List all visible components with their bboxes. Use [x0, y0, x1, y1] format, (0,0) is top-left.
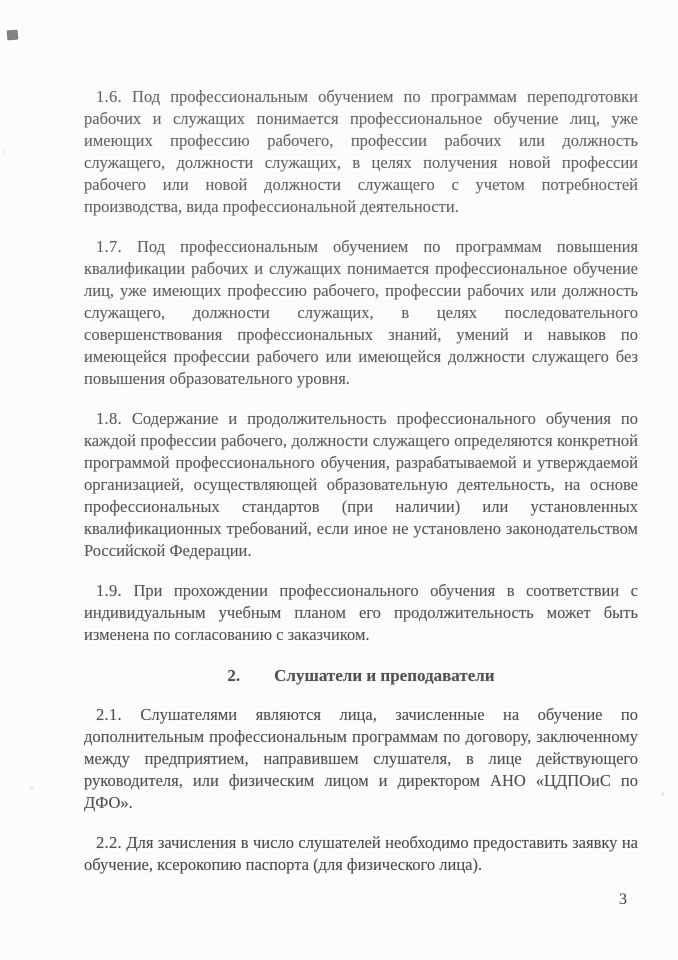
paragraph-1-7-text: Под профессиональным обучением по програ…: [84, 237, 638, 388]
paragraph-1-8-number: 1.8.: [96, 409, 122, 428]
document-content: 1.6. Под профессиональным обучением по п…: [84, 86, 638, 894]
document-page: 1.6. Под профессиональным обучением по п…: [0, 0, 678, 960]
paragraph-1-6: 1.6. Под профессиональным обучением по п…: [84, 86, 638, 218]
scan-speck: [661, 792, 664, 796]
paragraph-2-1-text: Слушателями являются лица, зачисленные н…: [84, 705, 638, 812]
paragraph-1-7-number: 1.7.: [96, 237, 122, 256]
paragraph-2-2: 2.2. Для зачисления в число слушателей н…: [84, 832, 638, 876]
paragraph-2-1: 2.1. Слушателями являются лица, зачислен…: [84, 704, 638, 814]
paragraph-2-1-number: 2.1.: [96, 705, 122, 724]
scan-speck: [2, 150, 5, 156]
scan-speck: [30, 786, 34, 789]
paragraph-1-8: 1.8. Содержание и продолжительность проф…: [84, 408, 638, 562]
section-heading-title: Слушатели и преподаватели: [274, 666, 494, 685]
page-number: 3: [619, 889, 627, 911]
scan-artifact-mark: [7, 30, 19, 41]
section-heading-number: 2.: [227, 664, 240, 688]
paragraph-1-9-text: При прохождении профессионального обучен…: [84, 581, 638, 644]
paragraph-1-6-text: Под профессиональным обучением по програ…: [84, 87, 638, 216]
paragraph-1-6-number: 1.6.: [96, 87, 122, 106]
paragraph-1-7: 1.7. Под профессиональным обучением по п…: [84, 236, 638, 390]
paragraph-1-9-number: 1.9.: [96, 581, 122, 600]
paragraph-1-9: 1.9. При прохождении профессионального о…: [84, 580, 638, 646]
paragraph-2-2-text: Для зачисления в число слушателей необхо…: [84, 833, 638, 874]
paragraph-1-8-text: Содержание и продолжительность профессио…: [84, 409, 638, 560]
paragraph-2-2-number: 2.2.: [96, 833, 122, 852]
section-heading-listeners-and-teachers: 2.Слушатели и преподаватели: [84, 664, 638, 688]
